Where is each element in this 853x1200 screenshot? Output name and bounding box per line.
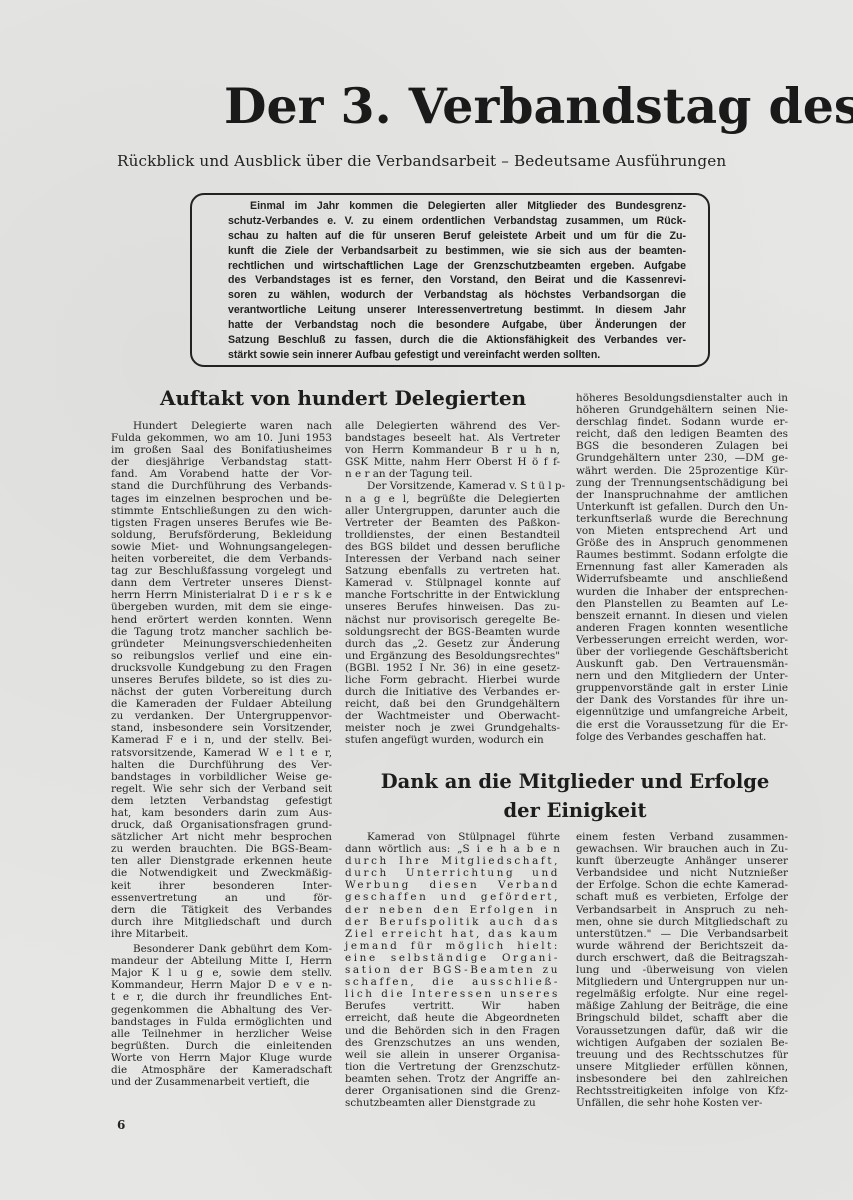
text-line: alle Teilnehmer in herzlicher Weise (111, 1028, 332, 1040)
text-line: Satzung Beschluß zu fassen, durch die di… (228, 333, 686, 348)
text-line: folge des Verbandes geschaffen hat. (576, 731, 788, 743)
text-line: mandeur der Abteilung Mitte I, Herrn (111, 955, 332, 967)
text-line: durch ihre Mitgliedschaft und durch (111, 916, 332, 928)
text-line: jemand für möglich hielt: (345, 940, 560, 952)
text-line: Auskunft gab. Den Vertrauensmän- (576, 658, 788, 670)
text-line: druck, daß Organisationsfragen grund- (111, 819, 332, 831)
text-line: Fulda gekommen, wo am 10. Juni 1953 (111, 432, 332, 444)
text-line: nern und den Mitgliedern der Unter- (576, 670, 788, 682)
text-line: alle Delegierten während des Ver- (345, 420, 560, 432)
text-line: soldungsrecht der BGS-Beamten wurde (345, 626, 560, 638)
column-2b-text: Kamerad von Stülpnagel führtedann wörtli… (345, 831, 560, 1109)
text-line: Raumes bestimmt. Sodann erfolgte die (576, 549, 788, 561)
text-line: die Notwendigkeit und Zweckmäßig- (111, 867, 332, 879)
text-line: gruppenvorstände galt in erster Linie (576, 682, 788, 694)
text-line: eine selbständige Organi- (345, 952, 560, 964)
section-heading-dank-line1: Dank an die Mitglieder und Erfolge (350, 767, 800, 796)
text-line: unsere Mitglieder erfüllen können, (576, 1061, 788, 1073)
text-line: der Dank des Vorstandes für ihre un- (576, 694, 788, 706)
text-line: des Verbandstages ist es ferner, den Vor… (228, 273, 686, 288)
text-line: und die Behörden sich in den Fragen (345, 1025, 560, 1037)
text-line: durch Ihre Mitgliedschaft, (345, 855, 560, 867)
text-line: lung und -überweisung von vielen (576, 964, 788, 976)
text-line: der Berufspolitik auch das (345, 916, 560, 928)
text-line: meister noch je zwei Grundgehalts- (345, 722, 560, 734)
text-line: Ziel erreicht hat, das kaum (345, 928, 560, 940)
text-line: Größe des in Anspruch genommenen (576, 537, 788, 549)
newspaper-page: Der 3. Verbandstag des Rückblick und Aus… (0, 0, 853, 1200)
text-line: und der Zusammenarbeit vertieft, die (111, 1076, 332, 1088)
text-line: regelmäßig erfolgte. Nur eine regel- (576, 988, 788, 1000)
text-line: erreicht, daß heute die Abgeordneten (345, 1012, 560, 1024)
text-line: Ernennung fast aller Kameraden als (576, 561, 788, 573)
text-line: trolldienstes, der einen Bestandteil (345, 529, 560, 541)
text-line: aller Untergruppen, darunter auch die (345, 505, 560, 517)
text-line: Unterkunft ist gefallen. Durch den Un- (576, 501, 788, 513)
text-line: und Ergänzung des Besoldungsrechtes" (345, 650, 560, 662)
text-line: währt werden. Die 25prozentige Kür- (576, 465, 788, 477)
text-line: Verbandsarbeit in Anspruch zu neh- (576, 904, 788, 916)
text-line: regelt. Wie sehr sich der Verband seit (111, 783, 332, 795)
text-line: nächst der guten Vorbereitung durch (111, 686, 332, 698)
text-line: Kommandeur, Herrn Major D e v e n- (111, 979, 332, 991)
text-line: treuung und des Rechtsschutzes für (576, 1049, 788, 1061)
text-line: n e r an der Tagung teil. (345, 468, 560, 480)
text-line: anderen Fragen konnten wesentliche (576, 622, 788, 634)
text-line: über der vorliegende Geschäftsbericht (576, 646, 788, 658)
column-2-text: alle Delegierten während des Ver-bandsta… (345, 420, 560, 747)
text-line: bandstages beseelt hat. Als Vertreter (345, 432, 560, 444)
text-line: stufen angefügt wurden, wodurch ein (345, 734, 560, 746)
text-line: Verbandsidee und nicht Nutznießer (576, 867, 788, 879)
text-line: stärkt sowie sein innerer Aufbau gefesti… (228, 348, 686, 363)
text-line: stimmte Entschließungen zu den wich- (111, 505, 332, 517)
text-line: schau zu halten auf die für unseren Beru… (228, 229, 686, 244)
text-line: so reibungslos verlief und eine ein- (111, 650, 332, 662)
section-heading-dank-line2: der Einigkeit (350, 796, 800, 825)
intro-paragraph: Einmal im Jahr kommen die Delegierten al… (228, 199, 686, 363)
text-line: wurden die Inhaber der entsprechen- (576, 586, 788, 598)
text-line: derer Organisationen sind die Grenz- (345, 1085, 560, 1097)
text-line: von Herrn Kommandeur B r u h n, (345, 444, 560, 456)
text-line: mäßige Zahlung der Beiträge, die eine (576, 1000, 788, 1012)
text-line: durch Unterrichtung und (345, 867, 560, 879)
text-line: men, ohne sie durch Mitgliedschaft zu (576, 916, 788, 928)
text-line: liche Form gebracht. Hierbei wurde (345, 674, 560, 686)
text-line: Besonderer Dank gebührt dem Kom- (111, 943, 332, 955)
column-3-text: höheres Besoldungsdienstalter auch inhöh… (576, 392, 788, 743)
text-line: die erst die Voraussetzung für die Er- (576, 719, 788, 731)
text-line: benszeit ernannt. In diesen und vielen (576, 610, 788, 622)
text-line: essenvertretung an und för- (111, 892, 332, 904)
text-line: rechtlichen und wirtschaftlichen Lage de… (228, 259, 686, 274)
text-line: Bringschuld bildet, schafft aber die (576, 1012, 788, 1024)
text-line: Verbesserungen erreicht werden, wor- (576, 634, 788, 646)
text-line: gewachsen. Wir brauchen auch in Zu- (576, 843, 788, 855)
text-line: fand. Am Vorabend hatte der Vor- (111, 468, 332, 480)
text-line: Kamerad v. Stülpnagel konnte auf (345, 577, 560, 589)
text-line: drucksvolle Kundgebung zu den Fragen (111, 662, 332, 674)
text-line: reicht, daß den ledigen Beamten des (576, 428, 788, 440)
text-line: Vertreter der Beamten des Paßkon- (345, 517, 560, 529)
text-line: von Mieten entsprechend Art und (576, 525, 788, 537)
text-line: BGS die besonderen Zulagen bei (576, 440, 788, 452)
text-line: begrüßten. Durch die einleitenden (111, 1040, 332, 1052)
text-line: tages im einzelnen besprochen und be- (111, 493, 332, 505)
text-line: Berufes vertritt. Wir haben (345, 1000, 560, 1012)
text-line: stand die Durchführung des Verbands- (111, 480, 332, 492)
text-line: sation der BGS-Beamten zu (345, 964, 560, 976)
text-line: lich die Interessen unseres (345, 988, 560, 1000)
text-line: einem festen Verband zusammen- (576, 831, 788, 843)
text-line: Hundert Delegierte waren nach (111, 420, 332, 432)
text-line: Interessen der Verband nach seiner (345, 553, 560, 565)
text-line: schaffen, die ausschließ- (345, 976, 560, 988)
text-line: schutz-Verbandes e. V. zu einem ordentli… (228, 214, 686, 229)
text-line: reicht, daß bei den Grundgehältern (345, 698, 560, 710)
text-line: zu werden brauchten. Die BGS-Beam- (111, 843, 332, 855)
text-line: dann wörtlich aus: „S i e h a b e n (345, 843, 560, 855)
text-line: eigennützige und umfangreiche Arbeit, (576, 706, 788, 718)
column-1-text: Hundert Delegierte waren nachFulda gekom… (111, 420, 332, 1088)
text-line: gründeter Meinungsverschiedenheiten (111, 638, 332, 650)
text-line: der diesjährige Verbandstag statt- (111, 456, 332, 468)
text-line: höheren Grundgehältern seinen Nie- (576, 404, 788, 416)
text-line: tigsten Fragen unseres Berufes wie Be- (111, 517, 332, 529)
text-line: heiten vorbereitet, die dem Verbands- (111, 553, 332, 565)
text-line: tag zur Beschlußfassung vorgelegt und (111, 565, 332, 577)
text-line: Worte von Herrn Major Kluge wurde (111, 1052, 332, 1064)
text-line: bandstages in Fulda ermöglichten und (111, 1016, 332, 1028)
text-line: GSK Mitte, nahm Herr Oberst H ö f f- (345, 456, 560, 468)
text-line: halten die Durchführung des Ver- (111, 759, 332, 771)
text-line: Mitgliedern und Untergruppen nur un- (576, 976, 788, 988)
text-line: beamten sehen. Trotz der Angriffe an- (345, 1073, 560, 1085)
text-line: ihre Mitarbeit. (111, 928, 332, 940)
text-line: Werbung diesen Verband (345, 879, 560, 891)
text-line: der Wachtmeister und Oberwacht- (345, 710, 560, 722)
text-line: dann dem Vertreter unseres Dienst- (111, 577, 332, 589)
text-line: höheres Besoldungsdienstalter auch in (576, 392, 788, 404)
text-line: hat, kam besonders darin zum Aus- (111, 807, 332, 819)
text-line: unseres Berufes hinweisen. Das zu- (345, 601, 560, 613)
text-line: nächst nur provisorisch geregelte Be- (345, 614, 560, 626)
text-line: den Planstellen zu Beamten auf Le- (576, 598, 788, 610)
text-line: hatte der Verbandstag noch die besondere… (228, 318, 686, 333)
text-line: sätzlicher Art nicht mehr besprochen (111, 831, 332, 843)
text-line: derschlag findet. Sodann wurde er- (576, 416, 788, 428)
text-line: bandstages in vorbildlicher Weise ge- (111, 771, 332, 783)
section-heading-dank: Dank an die Mitglieder und Erfolge der E… (350, 767, 800, 825)
column-3b-text: einem festen Verband zusammen-gewachsen.… (576, 831, 788, 1109)
text-line: schaft muß es verbieten, Erfolge der (576, 891, 788, 903)
text-line: des Grenzschutzes an uns wenden, (345, 1037, 560, 1049)
text-line: Kamerad F e i n, und der stellv. Bei- (111, 734, 332, 746)
text-line: unterstützen." — Die Verbandsarbeit (576, 928, 788, 940)
text-line: schutzbeamten aller Dienstgrade zu (345, 1097, 560, 1109)
text-line: die Tagung trotz mancher sachlich be- (111, 626, 332, 638)
text-line: tion die Vertretung der Grenzschutz- (345, 1061, 560, 1073)
text-line: herrn Herrn Ministerialrat D i e r s k e (111, 589, 332, 601)
text-line: geschaffen und gefördert, (345, 891, 560, 903)
text-line: der Inanspruchnahme der amtlichen (576, 489, 788, 501)
text-line: des BGS bildet und dessen berufliche (345, 541, 560, 553)
text-line: Satzung ebenfalls zu vertreten hat. (345, 565, 560, 577)
text-line: zung der Trennungsentschädigung bei (576, 477, 788, 489)
text-line: Unfällen, die sehr hohe Kosten ver- (576, 1097, 788, 1109)
text-line: die Kameraden der Fuldaer Abteilung (111, 698, 332, 710)
text-line: n a g e l, begrüßte die Delegierten (345, 493, 560, 505)
text-line: soren zu wählen, wodurch der Verbandstag… (228, 288, 686, 303)
page-number: 6 (117, 1118, 125, 1132)
text-line: Voraussetzungen dafür, daß wir die (576, 1025, 788, 1037)
text-line: im großen Saal des Bonifatiusheimes (111, 444, 332, 456)
text-line: durch die Initiative des Verbandes er- (345, 686, 560, 698)
text-line: t e r, die durch ihr freundliches Ent- (111, 991, 332, 1003)
text-line: der neben den Erfolgen in (345, 904, 560, 916)
text-line: ten aller Dienstgrade erkennen heute (111, 855, 332, 867)
section-heading-auftakt: Auftakt von hundert Delegierten (160, 385, 520, 411)
text-line: wichtigen Aufgaben der sozialen Be- (576, 1037, 788, 1049)
text-line: soldung, Berufsförderung, Bekleidung (111, 529, 332, 541)
text-line: durch das „2. Gesetz zur Änderung (345, 638, 560, 650)
text-line: terkunftserlaß wurde die Berechnung (576, 513, 788, 525)
text-line: wurde während der Berichtszeit da- (576, 940, 788, 952)
text-line: Der Vorsitzende, Kamerad v. S t ü l p- (345, 480, 560, 492)
text-line: dern die Tätigkeit des Verbandes (111, 904, 332, 916)
text-line: sowie Miet- und Wohnungsangelegen- (111, 541, 332, 553)
text-line: manche Fortschritte in der Entwicklung (345, 589, 560, 601)
text-line: kunft die Ziele der Verbandsarbeit zu be… (228, 244, 686, 259)
text-line: kunft überzeugte Anhänger unserer (576, 855, 788, 867)
article-subtitle: Rückblick und Ausblick über die Verbands… (117, 151, 817, 171)
text-line: dem letzten Verbandstag gefestigt (111, 795, 332, 807)
text-line: gegenkommen die Abhaltung des Ver- (111, 1004, 332, 1016)
text-line: durch erschwert, daß die Beitragszah- (576, 952, 788, 964)
text-line: Kamerad von Stülpnagel führte (345, 831, 560, 843)
text-line: Major K l u g e, sowie dem stellv. (111, 967, 332, 979)
article-title: Der 3. Verbandstag des (224, 76, 824, 136)
text-line: keit ihrer besonderen Inter- (111, 880, 332, 892)
text-line: hend erörtert werden konnten. Wenn (111, 614, 332, 626)
text-line: insbesondere bei den zahlreichen (576, 1073, 788, 1085)
text-line: die Atmosphäre der Kameradschaft (111, 1064, 332, 1076)
text-line: (BGBl. 1952 I Nr. 36) in eine gesetz- (345, 662, 560, 674)
text-line: verantwortliche Leitung unserer Interess… (228, 303, 686, 318)
text-line: stand, insbesondere sein Vorsitzender, (111, 722, 332, 734)
text-line: der Erfolge. Schon die echte Kamerad- (576, 879, 788, 891)
text-line: Einmal im Jahr kommen die Delegierten al… (228, 199, 686, 214)
text-line: übergeben wurden, mit dem sie einge- (111, 601, 332, 613)
text-line: Rechtsstreitigkeiten infolge von Kfz- (576, 1085, 788, 1097)
text-line: unseres Berufes bildete, so ist dies zu- (111, 674, 332, 686)
text-line: ratsvorsitzende, Kamerad W e l t e r, (111, 747, 332, 759)
text-line: Grundgehältern unter 230, —DM ge- (576, 452, 788, 464)
text-line: zu verdanken. Der Untergruppenvor- (111, 710, 332, 722)
text-line: weil sie allein in unserer Organisa- (345, 1049, 560, 1061)
text-line: Widerrufsbeamte und anschließend (576, 573, 788, 585)
